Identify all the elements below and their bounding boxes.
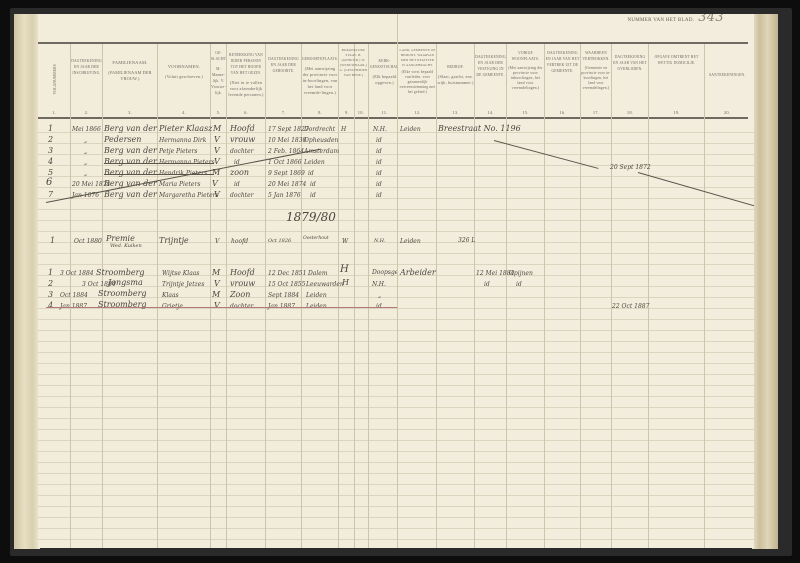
col-header-20: AANTEEKENINGEN. 20. xyxy=(705,46,749,116)
page-number-label: NUMMER VAN HET BLAD.343 xyxy=(627,14,724,25)
col-header-17: WAARHEEN VERTROKKEN. (Gemeente en provin… xyxy=(581,46,611,116)
col-header-12: LAND, GEMEENTE OF HEMONT, WAARVAN MEN HE… xyxy=(399,46,436,116)
strike-red-row4 xyxy=(46,307,400,308)
left-page: VOLGNUMMERS 1. DAGTEEKENING EN JAAR DER … xyxy=(38,14,400,548)
right-page: NUMMER VAN HET BLAD.343 LAND, GEMEENTE O… xyxy=(398,14,754,548)
page-edges-left xyxy=(14,14,40,549)
col-header-8: GEBOORTEPLAATS. (Met aanwijzing der prov… xyxy=(302,46,338,116)
col-header-3: FAMILIENAAM. (FAMILIENAAM DER VROUW.) 3. xyxy=(103,46,157,116)
header-top-rule-right xyxy=(398,42,748,44)
year-heading: 1879/80 xyxy=(286,210,336,224)
col-header-15: VORIGE WOONPLAATS. (Met aanwijzing der p… xyxy=(507,46,544,116)
page-edges-right xyxy=(752,14,778,549)
col-header-11: KERK-GENOOTSCHAP. (Elk bepaald opgeven.)… xyxy=(369,46,400,116)
header-bottom-rule xyxy=(38,117,400,119)
col-header-4: VOORNAMEN. (Voluit geschreven.) 4. xyxy=(158,46,210,116)
col-header-14: DAGTEEKENING EN JAAR DER VESTIGING IN DE… xyxy=(475,46,506,116)
header-bottom-rule-right xyxy=(398,117,748,119)
departure-line-2 xyxy=(638,172,754,207)
col-header-13: BEDRIJF. (Slaat, gracht, enz. wijk, huis… xyxy=(437,46,474,116)
col-header-9-10: BURGERLIJKE STAAT. H. (GEHUWD.) W. (WEDU… xyxy=(339,46,368,116)
col-header-5: GE-SLACHT. M. Manne-lijk. V. Vrouwe-lijk… xyxy=(211,46,226,116)
departure-note: 20 Sept 1872 xyxy=(610,164,651,171)
strike-row4 xyxy=(104,163,214,164)
page-number: 343 xyxy=(698,14,724,25)
col-header-1: VOLGNUMMERS 1. xyxy=(38,46,70,116)
header-top-rule xyxy=(38,42,400,44)
col-header-6: BETREKKING VAN IEDER PERSOON TOT HET HOO… xyxy=(227,46,265,116)
strike-row5 xyxy=(104,174,214,175)
death-note: 22 Oct 1887 xyxy=(612,303,649,310)
col-header-16: DAGTEEKENING EN JAAR VAN HET VERTREK UIT… xyxy=(545,46,580,116)
col-header-19: OPGAVE OMTRENT HET WETTIG DOMICILIE. 19. xyxy=(649,46,704,116)
col-header-2: DAGTEEKENING EN JAAR DER INSCHRIJVING. 2… xyxy=(71,46,102,116)
col-header-18: DAGTEEKENING EN JAAR VAN HET OVERLIJDEN.… xyxy=(612,46,648,116)
col-header-7: DAGTEEKENING EN JAAR DER GEBOORTE. 7. xyxy=(266,46,301,116)
